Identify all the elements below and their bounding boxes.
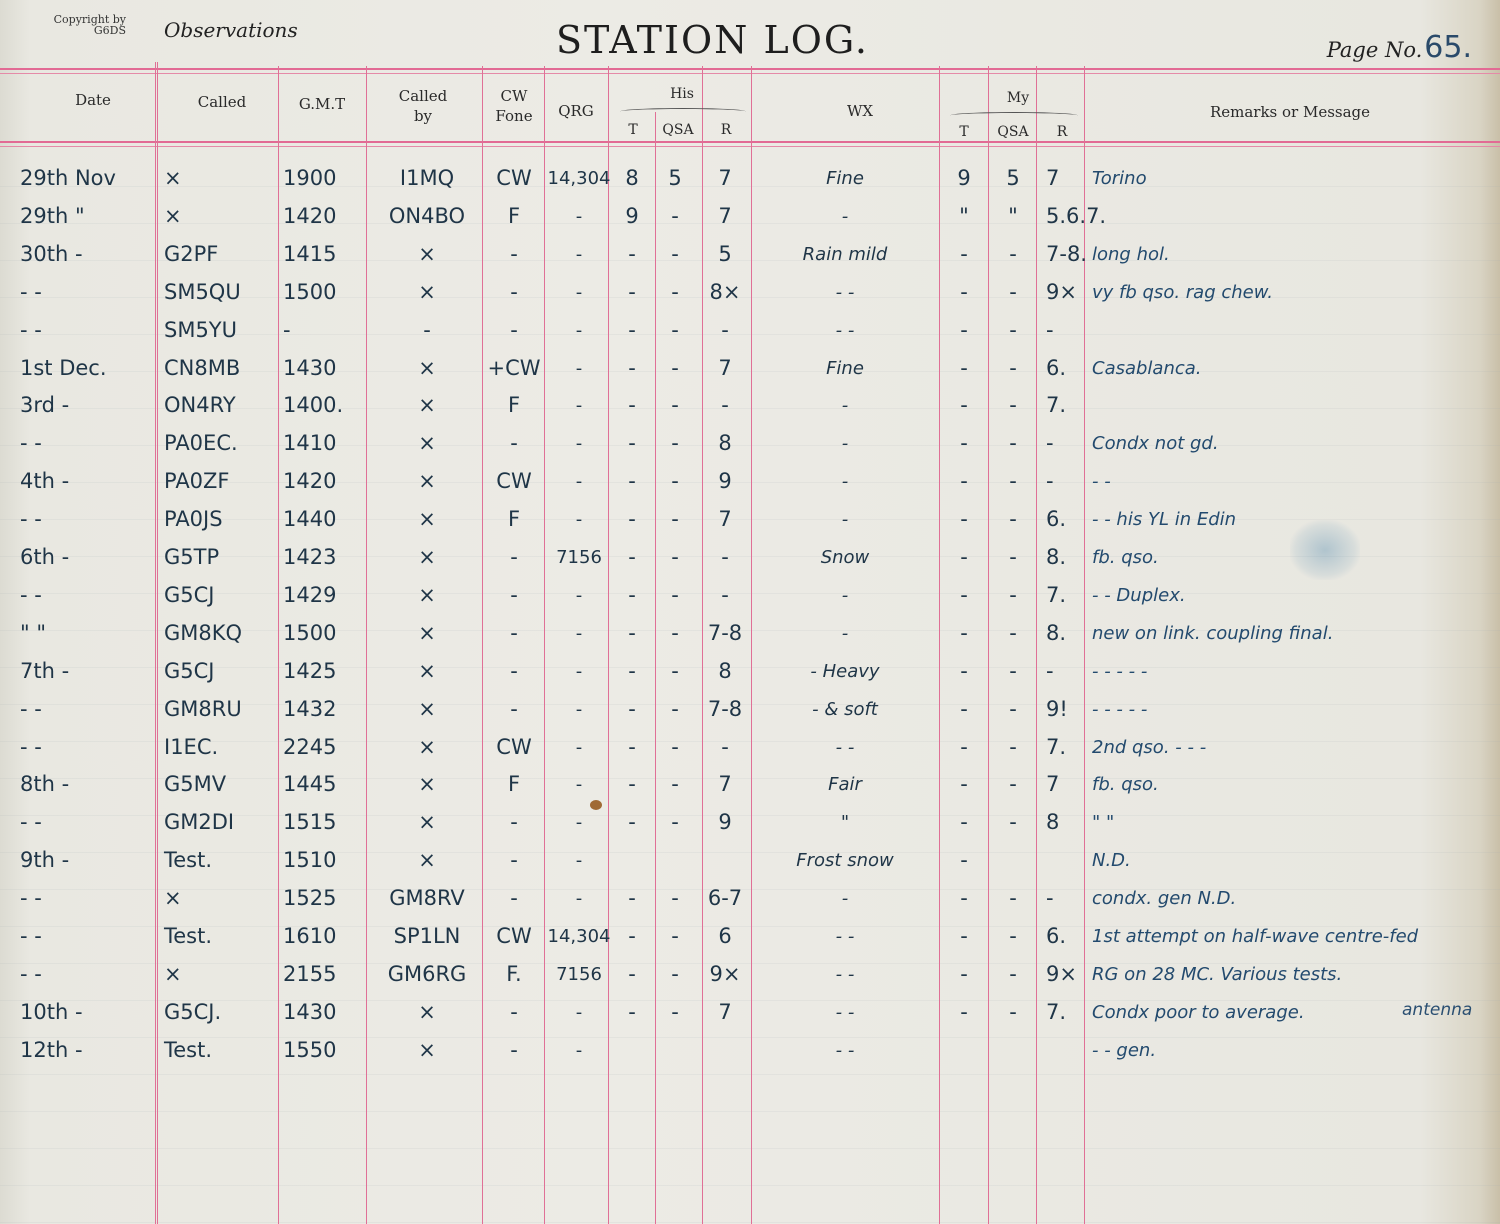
entry-his-qsa: - <box>653 804 697 841</box>
antenna-annotation: antenna <box>1402 1000 1472 1020</box>
entry-his-qsa: - <box>653 691 697 728</box>
entry-called-by: × <box>372 994 482 1031</box>
entry-called: G5CJ. <box>160 994 279 1031</box>
entry-my-r: 7. <box>1038 387 1092 424</box>
entry-my-r: 9! <box>1038 691 1092 728</box>
col-header-his-qsa: QSA <box>656 120 700 140</box>
entry-qrg: - <box>545 236 613 273</box>
entry-my-qsa: - <box>990 880 1036 917</box>
entry-his-qsa: - <box>653 198 697 235</box>
entry-called-by: × <box>372 766 482 803</box>
entry-gmt: 1445 <box>283 766 371 803</box>
entry-called: GM8KQ <box>160 615 279 652</box>
entry-his-t: - <box>613 236 651 273</box>
entry-my-t: - <box>940 766 988 803</box>
entry-called: GM8RU <box>160 691 279 728</box>
entry-his-t: - <box>613 539 651 576</box>
entry-his-r: 7 <box>700 160 750 197</box>
log-row: 12th - Test. 1550 × - - - - - - gen. <box>0 1032 1500 1069</box>
entry-his-t: - <box>613 274 651 311</box>
entry-mode: F <box>485 387 543 424</box>
page-number-label: Page No. <box>1327 38 1423 62</box>
entry-wx: - - <box>752 729 938 766</box>
col-header-my-r: R <box>1040 122 1084 142</box>
entry-called-by: - <box>372 312 482 349</box>
entry-wx: - <box>752 880 938 917</box>
entry-date: 4th - <box>20 463 150 500</box>
entry-qrg: - <box>545 1032 613 1069</box>
entry-wx: - <box>752 615 938 652</box>
entry-date: - - <box>20 312 150 349</box>
entry-called-by: ON4BO <box>372 198 482 235</box>
entry-mode: - <box>485 1032 543 1069</box>
entry-mode: - <box>485 804 543 841</box>
entry-gmt: 1420 <box>283 463 371 500</box>
entry-called-by: × <box>372 691 482 728</box>
entry-qrg: - <box>545 425 613 462</box>
entry-wx: " <box>752 804 938 841</box>
entry-date: " " <box>20 615 150 652</box>
col-header-qrg: QRG <box>546 101 606 121</box>
entry-date: - - <box>20 880 150 917</box>
entry-wx: - <box>752 463 938 500</box>
entry-his-qsa: - <box>653 956 697 993</box>
entry-mode: +CW <box>485 350 543 387</box>
entry-gmt: 2155 <box>283 956 371 993</box>
log-row: 7th - G5CJ 1425 × - - - - 8 - Heavy - - … <box>0 653 1500 690</box>
entry-qrg: - <box>545 387 613 424</box>
log-row: 10th - G5CJ. 1430 × - - - - 7 - - - - 7.… <box>0 994 1500 1031</box>
entry-his-t <box>613 1032 651 1069</box>
entry-my-r: - <box>1038 425 1092 462</box>
entry-his-r: 7 <box>700 501 750 538</box>
log-row: - - × 2155 GM6RG F. 7156 - - 9× - - - - … <box>0 956 1500 993</box>
entry-called-by: × <box>372 842 482 879</box>
entry-date: 29th Nov <box>20 160 150 197</box>
entry-his-r: 9 <box>700 804 750 841</box>
entry-called-by: × <box>372 615 482 652</box>
entry-his-t: - <box>613 615 651 652</box>
entry-his-t: - <box>613 691 651 728</box>
entry-my-r: 7-8. <box>1038 236 1092 273</box>
entry-called: G2PF <box>160 236 279 273</box>
entry-gmt: 1550 <box>283 1032 371 1069</box>
entry-my-t: - <box>940 729 988 766</box>
col-header-mode-line1: CW <box>486 86 542 106</box>
entry-remarks: N.D. <box>1092 842 1492 879</box>
entry-his-t <box>613 842 651 879</box>
entry-remarks: Torino <box>1092 160 1492 197</box>
entry-wx: - <box>752 577 938 614</box>
entry-mode: - <box>485 691 543 728</box>
entry-called-by: I1MQ <box>372 160 482 197</box>
entry-his-r: 5 <box>700 236 750 273</box>
entry-mode: - <box>485 274 543 311</box>
entry-qrg: - <box>545 463 613 500</box>
entry-gmt: 1430 <box>283 350 371 387</box>
entry-called: I1EC. <box>160 729 279 766</box>
entry-wx: - Heavy <box>752 653 938 690</box>
entry-my-r: - <box>1038 463 1092 500</box>
entry-my-t: - <box>940 539 988 576</box>
entry-my-qsa <box>990 1032 1036 1069</box>
entry-date: - - <box>20 918 150 955</box>
entry-his-r: - <box>700 729 750 766</box>
entry-his-qsa: - <box>653 236 697 273</box>
paper-stain <box>590 800 602 810</box>
entry-my-qsa: - <box>990 691 1036 728</box>
col-header-date: Date <box>60 90 126 110</box>
entry-my-qsa: - <box>990 577 1036 614</box>
entry-mode: - <box>485 880 543 917</box>
entry-my-r: 7. <box>1038 994 1092 1031</box>
entry-wx: - - <box>752 994 938 1031</box>
entry-gmt: 2245 <box>283 729 371 766</box>
entry-called: PA0EC. <box>160 425 279 462</box>
entry-my-t: - <box>940 350 988 387</box>
entry-called: × <box>160 198 279 235</box>
entry-mode: CW <box>485 918 543 955</box>
entry-my-t: - <box>940 312 988 349</box>
entry-gmt: 1400. <box>283 387 371 424</box>
entry-mode: - <box>485 615 543 652</box>
entry-date: - - <box>20 274 150 311</box>
copyright-notice: Copyright by G6DS <box>34 14 126 36</box>
col-header-called-by: Called by <box>390 86 456 126</box>
entry-my-t: - <box>940 918 988 955</box>
entry-his-t: 9 <box>613 198 651 235</box>
header-bottom-rule-inner <box>0 146 1500 147</box>
log-row: 6th - G5TP 1423 × - 7156 - - - Snow - - … <box>0 539 1500 576</box>
entry-his-t: - <box>613 729 651 766</box>
entry-called: Test. <box>160 842 279 879</box>
entry-called-by: × <box>372 804 482 841</box>
entry-wx: - <box>752 198 938 235</box>
entry-his-t: - <box>613 387 651 424</box>
entry-his-qsa: - <box>653 539 697 576</box>
entry-date: 7th - <box>20 653 150 690</box>
entry-date: - - <box>20 501 150 538</box>
entry-his-r: 7-8 <box>700 691 750 728</box>
entry-qrg: - <box>545 729 613 766</box>
entry-called-by: × <box>372 387 482 424</box>
entry-gmt: 1610 <box>283 918 371 955</box>
entry-gmt: 1440 <box>283 501 371 538</box>
entry-his-qsa: - <box>653 387 697 424</box>
entry-his-t: - <box>613 766 651 803</box>
entry-my-r: 7 <box>1038 766 1092 803</box>
col-header-called-by-line1: Called <box>390 86 456 106</box>
entry-my-qsa: - <box>990 387 1036 424</box>
entry-his-r <box>700 1032 750 1069</box>
entry-qrg: - <box>545 766 613 803</box>
entry-called-by: × <box>372 425 482 462</box>
entry-his-qsa: - <box>653 880 697 917</box>
entry-date: 9th - <box>20 842 150 879</box>
entry-his-qsa <box>653 1032 697 1069</box>
page-number-value: 65. <box>1424 30 1472 65</box>
entry-my-t: - <box>940 880 988 917</box>
entry-qrg: - <box>545 880 613 917</box>
log-row: - - PA0JS 1440 × F - - - 7 - - - 6. - - … <box>0 501 1500 538</box>
entry-his-r: 8× <box>700 274 750 311</box>
entry-called: GM2DI <box>160 804 279 841</box>
log-row: - - GM8RU 1432 × - - - - 7-8 - & soft - … <box>0 691 1500 728</box>
entry-qrg: - <box>545 994 613 1031</box>
entry-my-t: - <box>940 842 988 879</box>
log-row: 3rd - ON4RY 1400. × F - - - - - - - 7. <box>0 387 1500 424</box>
entry-date: 1st Dec. <box>20 350 150 387</box>
entry-qrg: - <box>545 274 613 311</box>
entry-his-t: - <box>613 804 651 841</box>
col-header-his-r: R <box>704 120 748 140</box>
entry-his-t: - <box>613 880 651 917</box>
entry-qrg: - <box>545 501 613 538</box>
entry-wx: - - <box>752 1032 938 1069</box>
entry-wx: - <box>752 501 938 538</box>
log-row: - - G5CJ 1429 × - - - - - - - - 7. - - D… <box>0 577 1500 614</box>
entry-my-qsa: - <box>990 804 1036 841</box>
log-row: - - Test. 1610 SP1LN CW 14,304 - - 6 - -… <box>0 918 1500 955</box>
entry-remarks <box>1092 312 1492 349</box>
entry-mode: - <box>485 577 543 614</box>
entry-his-r: 9× <box>700 956 750 993</box>
entry-my-t: - <box>940 501 988 538</box>
entry-date: 10th - <box>20 994 150 1031</box>
entry-his-r: 6 <box>700 918 750 955</box>
log-page: Copyright by G6DS Observations STATION L… <box>0 0 1500 1224</box>
entry-called: ON4RY <box>160 387 279 424</box>
entry-qrg: - <box>545 804 613 841</box>
entry-called: G5CJ <box>160 577 279 614</box>
entry-called-by: × <box>372 729 482 766</box>
entry-my-r <box>1038 1032 1092 1069</box>
entry-my-r: 8 <box>1038 804 1092 841</box>
log-row: 8th - G5MV 1445 × F - - - 7 Fair - - 7 f… <box>0 766 1500 803</box>
entry-his-qsa: 5 <box>653 160 697 197</box>
entry-qrg: 7156 <box>545 956 613 993</box>
log-row: - - × 1525 GM8RV - - - - 6-7 - - - - con… <box>0 880 1500 917</box>
entry-wx: - <box>752 387 938 424</box>
ink-blot <box>1290 520 1360 580</box>
entry-his-qsa: - <box>653 577 697 614</box>
log-row: 29th Nov × 1900 I1MQ CW 14,304 8 5 7 Fin… <box>0 160 1500 197</box>
entry-remarks <box>1092 198 1492 235</box>
entry-my-qsa: - <box>990 539 1036 576</box>
entry-my-r: 9× <box>1038 956 1092 993</box>
entry-my-qsa: - <box>990 729 1036 766</box>
entry-wx: Fair <box>752 766 938 803</box>
entry-wx: - - <box>752 918 938 955</box>
entry-his-r: 7 <box>700 994 750 1031</box>
entry-gmt: 1500 <box>283 615 371 652</box>
entry-mode: - <box>485 312 543 349</box>
entry-my-r: 5.6.7. <box>1038 198 1092 235</box>
entry-remarks: 2nd qso. - - - <box>1092 729 1492 766</box>
log-row: " " GM8KQ 1500 × - - - - 7-8 - - - 8. ne… <box>0 615 1500 652</box>
entry-remarks: RG on 28 MC. Various tests. <box>1092 956 1492 993</box>
entry-my-t: - <box>940 387 988 424</box>
entry-my-t: - <box>940 615 988 652</box>
entry-gmt: 1415 <box>283 236 371 273</box>
entry-mode: - <box>485 653 543 690</box>
entry-my-t: - <box>940 577 988 614</box>
entry-gmt: 1900 <box>283 160 371 197</box>
entry-my-r <box>1038 842 1092 879</box>
entry-my-qsa: 5 <box>990 160 1036 197</box>
entry-his-r: 8 <box>700 653 750 690</box>
col-header-gmt: G.M.T <box>282 94 362 114</box>
entry-my-qsa: - <box>990 653 1036 690</box>
entry-remarks: - - - - - <box>1092 653 1492 690</box>
entry-my-r: 9× <box>1038 274 1092 311</box>
entry-wx: - - <box>752 274 938 311</box>
entry-my-r: 7. <box>1038 577 1092 614</box>
entry-mode: - <box>485 842 543 879</box>
log-row: 30th - G2PF 1415 × - - - - 5 Rain mild -… <box>0 236 1500 273</box>
entry-called-by: × <box>372 653 482 690</box>
log-row: 29th " × 1420 ON4BO F - 9 - 7 - " " 5.6.… <box>0 198 1500 235</box>
entry-his-r: 7-8 <box>700 615 750 652</box>
log-row: 4th - PA0ZF 1420 × CW - - - 9 - - - - - … <box>0 463 1500 500</box>
entry-my-qsa: - <box>990 501 1036 538</box>
entry-his-qsa: - <box>653 653 697 690</box>
entry-remarks: condx. gen N.D. <box>1092 880 1492 917</box>
entry-my-t: - <box>940 804 988 841</box>
entry-his-t: - <box>613 653 651 690</box>
entry-called-by: × <box>372 577 482 614</box>
entry-my-r: 8. <box>1038 615 1092 652</box>
entry-date: 6th - <box>20 539 150 576</box>
his-brace <box>620 108 746 115</box>
entry-remarks: fb. qso. <box>1092 766 1492 803</box>
entry-mode: CW <box>485 729 543 766</box>
entry-mode: - <box>485 539 543 576</box>
entry-my-r: - <box>1038 880 1092 917</box>
entry-my-qsa: - <box>990 425 1036 462</box>
col-header-mode: CW Fone <box>486 86 542 126</box>
entry-gmt: 1510 <box>283 842 371 879</box>
header-top-rule <box>0 68 1500 70</box>
my-brace <box>950 112 1078 119</box>
entry-his-qsa: - <box>653 729 697 766</box>
entry-date: - - <box>20 804 150 841</box>
entry-his-t: - <box>613 350 651 387</box>
entry-mode: F <box>485 198 543 235</box>
entry-gmt: 1420 <box>283 198 371 235</box>
entry-his-t: - <box>613 463 651 500</box>
section-label: Observations <box>164 18 298 42</box>
page-number-field: Page No.65. <box>1327 30 1472 65</box>
col-header-wx: WX <box>820 101 900 121</box>
entry-his-qsa: - <box>653 425 697 462</box>
entry-mode: CW <box>485 463 543 500</box>
entry-called-by: × <box>372 236 482 273</box>
col-header-mode-line2: Fone <box>486 106 542 126</box>
log-row: 9th - Test. 1510 × - - Frost snow - N.D. <box>0 842 1500 879</box>
entry-my-qsa: - <box>990 312 1036 349</box>
entry-mode: F <box>485 501 543 538</box>
entry-remarks: Condx not gd. <box>1092 425 1492 462</box>
entry-called: G5CJ <box>160 653 279 690</box>
entry-wx: Fine <box>752 160 938 197</box>
entry-his-qsa: - <box>653 766 697 803</box>
entry-my-t: 9 <box>940 160 988 197</box>
entry-date: - - <box>20 425 150 462</box>
entry-remarks: - - - - - <box>1092 691 1492 728</box>
entry-called-by: GM6RG <box>372 956 482 993</box>
entry-called: Test. <box>160 1032 279 1069</box>
entry-his-t: - <box>613 918 651 955</box>
entry-called: Test. <box>160 918 279 955</box>
col-header-called-by-line2: by <box>390 106 456 126</box>
log-row: - - SM5YU - - - - - - - - - - - - <box>0 312 1500 349</box>
entry-his-qsa: - <box>653 918 697 955</box>
entry-gmt: 1515 <box>283 804 371 841</box>
entry-his-r <box>700 842 750 879</box>
entry-gmt: 1500 <box>283 274 371 311</box>
entry-gmt: 1430 <box>283 994 371 1031</box>
entry-mode: F. <box>485 956 543 993</box>
entry-gmt: 1423 <box>283 539 371 576</box>
entry-remarks: vy fb qso. rag chew. <box>1092 274 1492 311</box>
entry-gmt: - <box>283 312 371 349</box>
entry-my-r: 6. <box>1038 350 1092 387</box>
entry-my-t: - <box>940 691 988 728</box>
entry-my-t: - <box>940 274 988 311</box>
col-header-called: Called <box>180 92 264 112</box>
entry-gmt: 1410 <box>283 425 371 462</box>
entry-my-t <box>940 1032 988 1069</box>
entry-qrg: - <box>545 198 613 235</box>
log-row: - - GM2DI 1515 × - - - - 9 " - - 8 " " <box>0 804 1500 841</box>
entry-my-qsa: " <box>990 198 1036 235</box>
entry-qrg: - <box>545 312 613 349</box>
entry-my-qsa: - <box>990 463 1036 500</box>
entry-called-by: × <box>372 350 482 387</box>
col-header-his-t: T <box>614 120 652 140</box>
entry-date: - - <box>20 956 150 993</box>
entry-mode: CW <box>485 160 543 197</box>
entry-called: × <box>160 880 279 917</box>
entry-my-qsa <box>990 842 1036 879</box>
entry-called-by: × <box>372 274 482 311</box>
entry-his-qsa: - <box>653 463 697 500</box>
col-header-my-t: T <box>945 122 983 142</box>
entry-his-qsa: - <box>653 501 697 538</box>
col-header-his: His <box>660 84 704 104</box>
entry-his-r: - <box>700 387 750 424</box>
entry-qrg: 7156 <box>545 539 613 576</box>
entry-his-qsa: - <box>653 615 697 652</box>
entry-called: SM5QU <box>160 274 279 311</box>
entry-qrg: - <box>545 691 613 728</box>
entry-my-r: 6. <box>1038 918 1092 955</box>
entry-qrg: 14,304 <box>545 918 613 955</box>
entry-called: G5MV <box>160 766 279 803</box>
entry-called: G5TP <box>160 539 279 576</box>
entry-date: - - <box>20 691 150 728</box>
entry-my-t: - <box>940 463 988 500</box>
entry-mode: - <box>485 425 543 462</box>
entry-remarks: - - gen. <box>1092 1032 1492 1069</box>
entry-my-qsa: - <box>990 236 1036 273</box>
entry-his-t: - <box>613 425 651 462</box>
entry-gmt: 1432 <box>283 691 371 728</box>
entry-his-t: - <box>613 994 651 1031</box>
entry-his-t: - <box>613 501 651 538</box>
entry-my-qsa: - <box>990 918 1036 955</box>
